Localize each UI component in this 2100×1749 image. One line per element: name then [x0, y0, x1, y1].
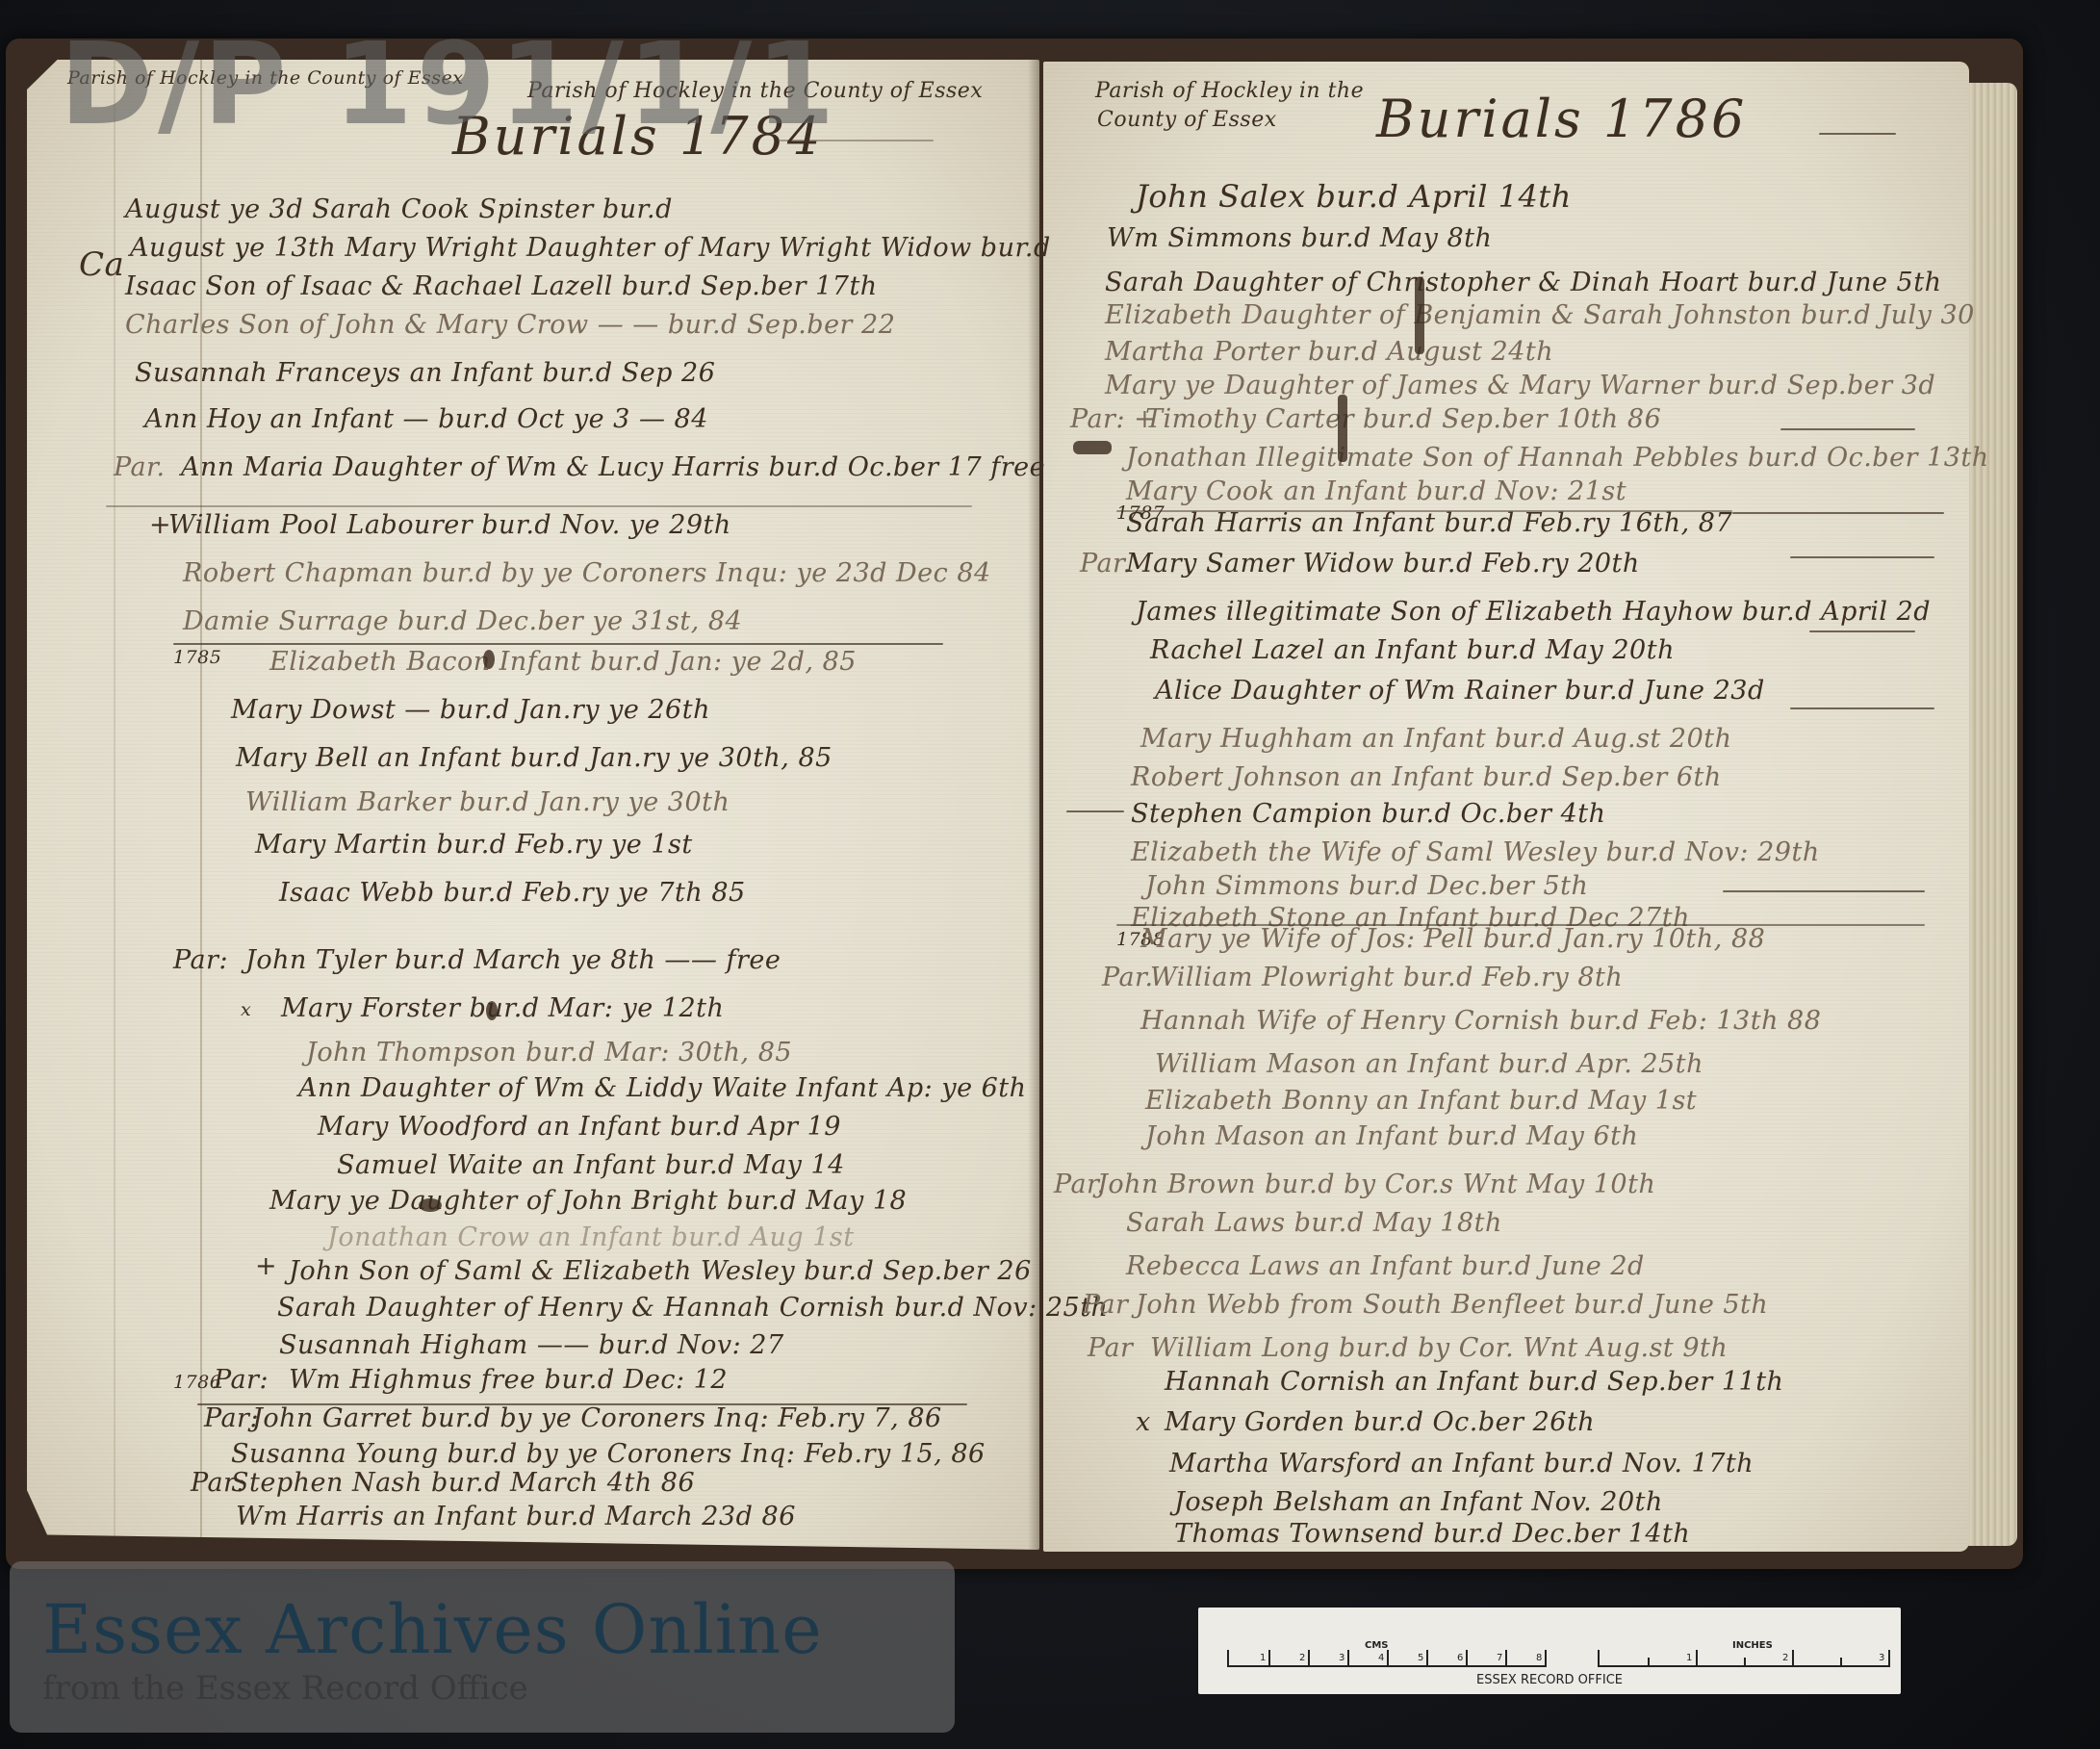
- ruler-caption: ESSEX RECORD OFFICE: [1198, 1673, 1901, 1687]
- burial-entry: Wm Highmus free bur.d Dec: 12: [289, 1365, 728, 1395]
- burial-entry: Mary ye Wife of Jos: Pell bur.d Jan.ry 1…: [1140, 924, 1765, 954]
- burial-entry: Ann Daughter of Wm & Liddy Waite Infant …: [298, 1073, 1027, 1103]
- burial-entry: James illegitimate Son of Elizabeth Hayh…: [1136, 597, 1931, 627]
- burial-entry: Isaac Webb bur.d Feb.ry ye 7th 85: [279, 878, 746, 908]
- year-margin-1785: 1785: [173, 647, 221, 668]
- burial-entry: Mary ye Daughter of James & Mary Warner …: [1105, 371, 1935, 400]
- inches-scale: 1 2 3: [1598, 1650, 1890, 1667]
- entry-dash: [1809, 630, 1915, 632]
- burial-entry: William Pool Labourer bur.d Nov. ye 29th: [168, 510, 731, 540]
- burial-entry: Mary Forster bur.d Mar: ye 12th: [281, 993, 724, 1023]
- burial-entry: Sarah Harris an Infant bur.d Feb.ry 16th…: [1126, 508, 1732, 538]
- cm-tick-label: 7: [1497, 1653, 1502, 1663]
- burial-entry: Robert Johnson an Infant bur.d Sep.ber 6…: [1131, 762, 1722, 792]
- burial-entry: Hannah Wife of Henry Cornish bur.d Feb: …: [1140, 1006, 1821, 1036]
- burial-entry: Mary Cook an Infant bur.d Nov: 21st: [1126, 476, 1626, 506]
- burial-entry: Joseph Belsham an Infant Nov. 20th: [1174, 1487, 1663, 1517]
- burial-entry: Isaac Son of Isaac & Rachael Lazell bur.…: [125, 271, 878, 301]
- entry-dash: [1780, 428, 1915, 430]
- burial-entry: Jonathan Illegitimate Son of Hannah Pebb…: [1126, 443, 1989, 473]
- burial-entry: John Garret bur.d by ye Coroners Inq: Fe…: [252, 1403, 942, 1433]
- cm-tick: [1545, 1650, 1547, 1665]
- entry-dash: [1723, 890, 1925, 892]
- burial-entry: Elizabeth Bonny an Infant bur.d May 1st: [1145, 1086, 1697, 1116]
- margin-par: Par:: [173, 945, 228, 975]
- burial-entry: Susanna Young bur.d by ye Coroners Inq: …: [231, 1439, 986, 1469]
- burial-entry: John Webb from South Benfleet bur.d June…: [1136, 1290, 1768, 1320]
- burial-entry: Mary Bell an Infant bur.d Jan.ry ye 30th…: [236, 743, 832, 773]
- burial-entry: John Simmons bur.d Dec.ber 5th: [1145, 871, 1588, 901]
- burial-entry: Hannah Cornish an Infant bur.d Sep.ber 1…: [1165, 1367, 1783, 1397]
- margin-note: Ca: [79, 245, 124, 284]
- burial-entry: Sarah Laws bur.d May 18th: [1126, 1208, 1502, 1238]
- burial-entry: August ye 13th Mary Wright Daughter of M…: [130, 233, 1051, 263]
- logo-subtitle: from the Essex Record Office: [42, 1669, 528, 1708]
- burial-entry: Rebecca Laws an Infant bur.d June 2d: [1126, 1251, 1645, 1281]
- cm-tick: [1387, 1650, 1389, 1665]
- burial-entry: Elizabeth Daughter of Benjamin & Sarah J…: [1105, 300, 1975, 330]
- cm-tick-label: 5: [1418, 1653, 1423, 1663]
- scale-ruler: CMS 1 2 3 4 5 6 7 8 INCHES 1 2 3 ESSEX R…: [1198, 1608, 1901, 1694]
- margin-x: x: [1136, 1407, 1151, 1437]
- reference-watermark: D/P 191/1/1: [60, 17, 838, 150]
- burial-entry: Charles Son of John & Mary Crow — — bur.…: [125, 310, 895, 340]
- margin-dash: [1066, 810, 1124, 812]
- margin-par: Par.: [114, 452, 166, 482]
- margin-par: Par.: [1102, 963, 1154, 992]
- cm-tick: [1268, 1650, 1270, 1665]
- margin-par: Par:: [214, 1365, 269, 1395]
- inch-tick-label: 1: [1686, 1653, 1692, 1663]
- burial-entry: Mary Dowst — bur.d Jan.ry ye 26th: [231, 695, 710, 725]
- cm-tick: [1426, 1650, 1428, 1665]
- burial-entry: August ye 3d Sarah Cook Spinster bur.d: [125, 194, 673, 224]
- cm-tick-label: 1: [1260, 1653, 1266, 1663]
- burial-entry: Samuel Waite an Infant bur.d May 14: [337, 1150, 845, 1180]
- cm-tick: [1466, 1650, 1468, 1665]
- burial-entry: Mary Woodford an Infant bur.d Apr 19: [318, 1112, 841, 1142]
- cm-tick-label: 6: [1457, 1653, 1463, 1663]
- entry-dash: [1790, 707, 1934, 709]
- burial-entry: John Brown bur.d by Cor.s Wnt May 10th: [1097, 1170, 1655, 1199]
- inch-subtick: [1840, 1658, 1842, 1665]
- ink-blot: [1415, 277, 1424, 354]
- burial-entry: Rachel Lazel an Infant bur.d May 20th: [1150, 635, 1675, 665]
- ink-blot: [486, 1001, 498, 1020]
- cm-tick-label: 8: [1536, 1653, 1542, 1663]
- burial-entry: Thomas Townsend bur.d Dec.ber 14th: [1174, 1519, 1690, 1549]
- burial-entry: Ann Hoy an Infant — bur.d Oct ye 3 — 84: [144, 404, 708, 434]
- margin-cross: +: [255, 1251, 277, 1281]
- cm-tick: [1347, 1650, 1349, 1665]
- entry-dash: [1732, 512, 1944, 514]
- inch-tick: [1792, 1650, 1794, 1665]
- burial-entry: Mary Samer Widow bur.d Feb.ry 20th: [1126, 549, 1640, 579]
- inch-subtick: [1648, 1658, 1650, 1665]
- burial-entry: Damie Surrage bur.d Dec.ber ye 31st, 84: [183, 606, 742, 636]
- right-page-title: Burials 1786: [1376, 89, 1747, 149]
- burial-entry: William Long bur.d by Cor. Wnt Aug.st 9t…: [1150, 1333, 1728, 1363]
- logo-title: Essex Archives Online: [42, 1590, 823, 1669]
- right-parish-heading-2: County of Essex: [1097, 108, 1277, 132]
- entry-dash: [1790, 556, 1934, 558]
- burial-entry: Robert Chapman bur.d by ye Coroners Inqu…: [183, 558, 991, 588]
- burial-entry: William Mason an Infant bur.d Apr. 25th: [1155, 1049, 1703, 1079]
- ink-blot: [483, 650, 495, 669]
- burial-entry: Mary Martin bur.d Feb.ry ye 1st: [255, 830, 693, 860]
- burial-entry: Susannah Franceys an Infant bur.d Sep 26: [135, 358, 715, 388]
- margin-par: Par: +: [1070, 404, 1156, 434]
- burial-entry: John Thompson bur.d Mar: 30th, 85: [306, 1038, 792, 1067]
- cm-tick-label: 2: [1299, 1653, 1305, 1663]
- right-parish-heading-1: Parish of Hockley in the: [1095, 79, 1364, 103]
- burial-entry: Stephen Campion bur.d Oc.ber 4th: [1131, 799, 1606, 829]
- burial-entry: Mary Hughham an Infant bur.d Aug.st 20th: [1140, 724, 1732, 754]
- margin-par: Par:: [204, 1403, 259, 1433]
- burial-entry: Jonathan Crow an Infant bur.d Aug 1st: [327, 1222, 855, 1252]
- inch-tick-label: 3: [1879, 1653, 1884, 1663]
- burial-entry: Alice Daughter of Wm Rainer bur.d June 2…: [1155, 676, 1765, 706]
- burial-entry: Martha Porter bur.d August 24th: [1105, 337, 1553, 367]
- inch-subtick: [1744, 1658, 1746, 1665]
- burial-entry: Wm Harris an Infant bur.d March 23d 86: [236, 1502, 796, 1531]
- cms-scale: 1 2 3 4 5 6 7 8: [1227, 1650, 1547, 1667]
- inch-tick: [1888, 1650, 1890, 1665]
- cm-tick: [1308, 1650, 1310, 1665]
- margin-par: Par: [1088, 1333, 1133, 1363]
- cm-tick: [1505, 1650, 1507, 1665]
- inch-tick: [1696, 1650, 1698, 1665]
- cm-tick-label: 3: [1339, 1653, 1345, 1663]
- title-rule: [1819, 133, 1896, 135]
- essex-archives-logo: Essex Archives Online from the Essex Rec…: [10, 1561, 955, 1733]
- burial-entry: Mary Gorden bur.d Oc.ber 26th: [1165, 1407, 1595, 1437]
- ink-blot: [419, 1198, 442, 1212]
- ink-blot: [1338, 395, 1347, 462]
- burial-entry: Elizabeth the Wife of Saml Wesley bur.d …: [1131, 837, 1820, 867]
- burial-entry: Ann Maria Daughter of Wm & Lucy Harris b…: [181, 452, 1045, 482]
- cm-tick-label: 4: [1378, 1653, 1384, 1663]
- burial-entry: John Salex bur.d April 14th: [1136, 178, 1572, 215]
- year-divider: [173, 643, 943, 645]
- burial-entry: Martha Warsford an Infant bur.d Nov. 17t…: [1169, 1449, 1754, 1479]
- margin-par: Par: [1083, 1290, 1128, 1320]
- burial-entry: John Tyler bur.d March ye 8th —— free: [245, 945, 781, 975]
- burial-entry: Elizabeth Bacon Infant bur.d Jan: ye 2d,…: [269, 647, 857, 677]
- margin-par: Par.: [1080, 549, 1132, 579]
- burial-entry: Timothy Carter bur.d Sep.ber 10th 86: [1145, 404, 1661, 434]
- burial-entry: John Mason an Infant bur.d May 6th: [1145, 1121, 1638, 1151]
- inch-tick-label: 2: [1782, 1653, 1788, 1663]
- ink-blot: [1073, 441, 1112, 454]
- burial-entry: Susannah Higham —— bur.d Nov: 27: [279, 1330, 784, 1360]
- row-rule: [106, 505, 972, 507]
- burial-entry: John Son of Saml & Elizabeth Wesley bur.…: [289, 1256, 1032, 1286]
- burial-entry: William Barker bur.d Jan.ry ye 30th: [245, 787, 730, 817]
- burial-entry: Sarah Daughter of Henry & Hannah Cornish…: [277, 1293, 1108, 1323]
- burial-entry: Stephen Nash bur.d March 4th 86: [231, 1468, 695, 1498]
- burial-entry: Mary ye Daughter of John Bright bur.d Ma…: [269, 1186, 907, 1216]
- margin-x: x: [241, 999, 251, 1020]
- burial-entry: William Plowright bur.d Feb.ry 8th: [1150, 963, 1623, 992]
- burial-entry: Wm Simmons bur.d May 8th: [1107, 223, 1492, 253]
- burial-entry: Sarah Daughter of Christopher & Dinah Ho…: [1105, 268, 1941, 297]
